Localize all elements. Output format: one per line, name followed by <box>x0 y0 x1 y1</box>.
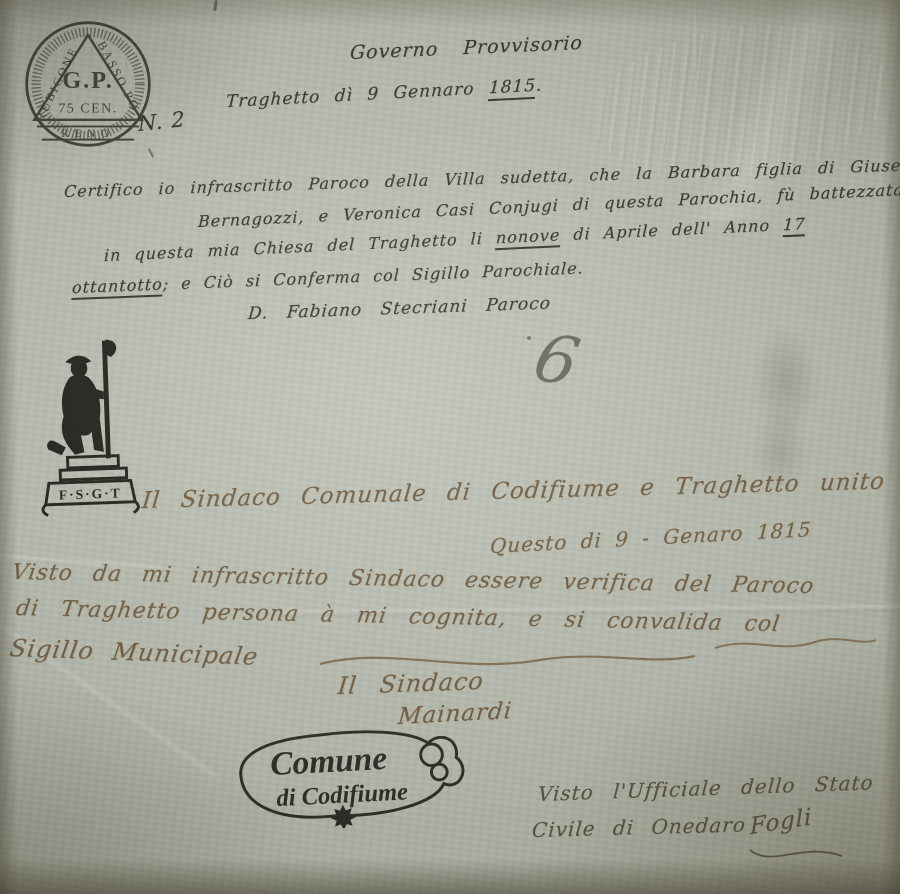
parish-stamp-caption: F·S·G·T <box>59 485 122 502</box>
line3-underlined-word: nonove <box>495 225 560 250</box>
place-date-text: Traghetto dì 9 Gennaro <box>225 78 489 112</box>
banner-curl-left <box>43 505 48 516</box>
visto-line-1: Visto da mi infrascritto Sindaco essere … <box>10 560 816 599</box>
ornament-loop-bottom <box>431 764 448 781</box>
halberd-blade-icon <box>105 340 116 357</box>
line3-underlined-year: 17 <box>783 214 806 237</box>
certificate-line-4: ottantotto; e Ciò si Conferma col Sigill… <box>72 258 585 297</box>
stamp-denomination: 75 CEN. <box>58 100 117 116</box>
line4-underlined-word: ottantotto <box>71 274 163 300</box>
year-underlined: 1815 <box>488 76 536 102</box>
document-number-note: N. 2 <box>138 107 186 136</box>
municipal-date-line: Questo di 9 - Genaro 1815 <box>489 517 812 558</box>
header-government-line: Governo Provvisorio <box>349 32 583 64</box>
line3-pre: in questa mia Chiesa del Traghetto li <box>104 228 497 265</box>
manuscript-document: G.P. 75 CEN. RUBICONE BASSO PO RENO N. 2… <box>0 0 900 894</box>
crease-top-vertical <box>694 0 698 72</box>
stamp-banner: RENO <box>61 128 114 140</box>
banner-curl-right <box>133 502 138 513</box>
parish-priest-signature: D. Fabiano Stecriani Paroco <box>247 293 552 324</box>
revenue-stamp: G.P. 75 CEN. RUBICONE BASSO PO RENO <box>22 18 154 150</box>
base-blob-icon <box>48 440 66 455</box>
pen-flourish-mark: 6 <box>527 319 587 401</box>
visto-line-3: Sigillo Municipale <box>8 634 261 671</box>
footer-official-signature: Fogli <box>750 804 813 840</box>
staff-icon <box>102 341 110 458</box>
pedestal-base <box>60 468 127 480</box>
comune-stamp: Comune di Codifiume <box>217 713 474 834</box>
header-place-date-line: Traghetto dì 9 Gennaro 1815. <box>225 75 542 112</box>
period: . <box>536 75 543 95</box>
municipal-heading: Il Sindaco Comunale di Codifiume e Tragh… <box>141 469 886 515</box>
ornament-loop-top <box>420 743 443 766</box>
parish-saint-stamp: F·S·G·T <box>27 334 143 523</box>
line3-mid: di Aprile dell' Anno <box>560 215 784 244</box>
ink-speck <box>213 0 218 11</box>
footer-visto-line-1: Visto l'Ufficiale dello Stato <box>537 770 874 806</box>
line4-rest: ; e Ciò si Conferma col Sigillo Parochia… <box>162 258 584 293</box>
comune-stamp-line1: Comune <box>269 740 388 783</box>
ink-speck <box>527 336 531 340</box>
sindaco-title: Il Sindaco <box>337 667 486 700</box>
signature-flourish <box>742 840 852 874</box>
figure-body-icon <box>60 374 103 454</box>
footer-visto-line-2: Civile di Onedaro <box>531 812 747 842</box>
